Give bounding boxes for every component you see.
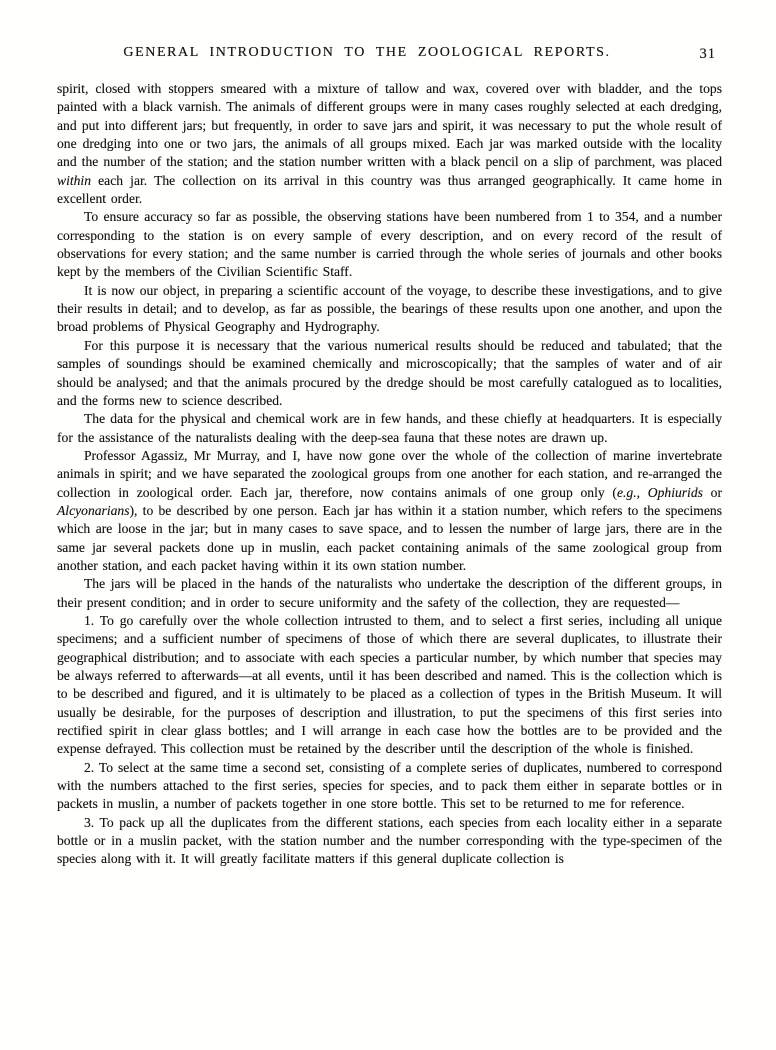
paragraph-run: 2. To select at the same time a second s…: [57, 760, 722, 812]
book-page: GENERAL INTRODUCTION TO THE ZOOLOGICAL R…: [0, 0, 776, 1050]
paragraph-run: The data for the physical and chemical w…: [57, 411, 722, 444]
paragraph-run: each jar. The collection on its arrival …: [57, 173, 722, 206]
paragraph-run: For this purpose it is necessary that th…: [57, 338, 722, 408]
paragraph: To ensure accuracy so far as possible, t…: [57, 208, 722, 281]
paragraph-run: The jars will be placed in the hands of …: [57, 576, 722, 609]
paragraph: The jars will be placed in the hands of …: [57, 575, 722, 612]
paragraph-run: spirit, closed with stoppers smeared wit…: [57, 81, 722, 169]
paragraph-run-italic: within: [57, 173, 91, 188]
paragraph: The data for the physical and chemical w…: [57, 410, 722, 447]
paragraph-run: or: [703, 485, 722, 500]
paragraph-run: 1. To go carefully over the whole collec…: [57, 613, 722, 756]
paragraph-run: It is now our object, in preparing a sci…: [57, 283, 722, 335]
paragraph-run-italic: Ophiurids: [648, 485, 703, 500]
paragraph: For this purpose it is necessary that th…: [57, 337, 722, 410]
paragraph-run: 3. To pack up all the duplicates from th…: [57, 815, 722, 867]
paragraph: 3. To pack up all the duplicates from th…: [57, 814, 722, 869]
paragraph-run: ,: [637, 485, 648, 500]
paragraph-run-italic: e.g.: [617, 485, 637, 500]
paragraph: It is now our object, in preparing a sci…: [57, 282, 722, 337]
paragraph: 2. To select at the same time a second s…: [57, 759, 722, 814]
page-number: 31: [700, 46, 717, 63]
text-body: spirit, closed with stoppers smeared wit…: [57, 80, 722, 869]
paragraph-run-italic: Alcyonarians: [57, 503, 130, 518]
running-head-title: GENERAL INTRODUCTION TO THE ZOOLOGICAL R…: [57, 45, 677, 61]
paragraph-run: ), to be described by one person. Each j…: [57, 503, 722, 573]
paragraph-run: To ensure accuracy so far as possible, t…: [57, 209, 722, 279]
paragraph: Professor Agassiz, Mr Murray, and I, hav…: [57, 447, 722, 575]
paragraph: 1. To go carefully over the whole collec…: [57, 612, 722, 759]
paragraph: spirit, closed with stoppers smeared wit…: [57, 80, 722, 208]
